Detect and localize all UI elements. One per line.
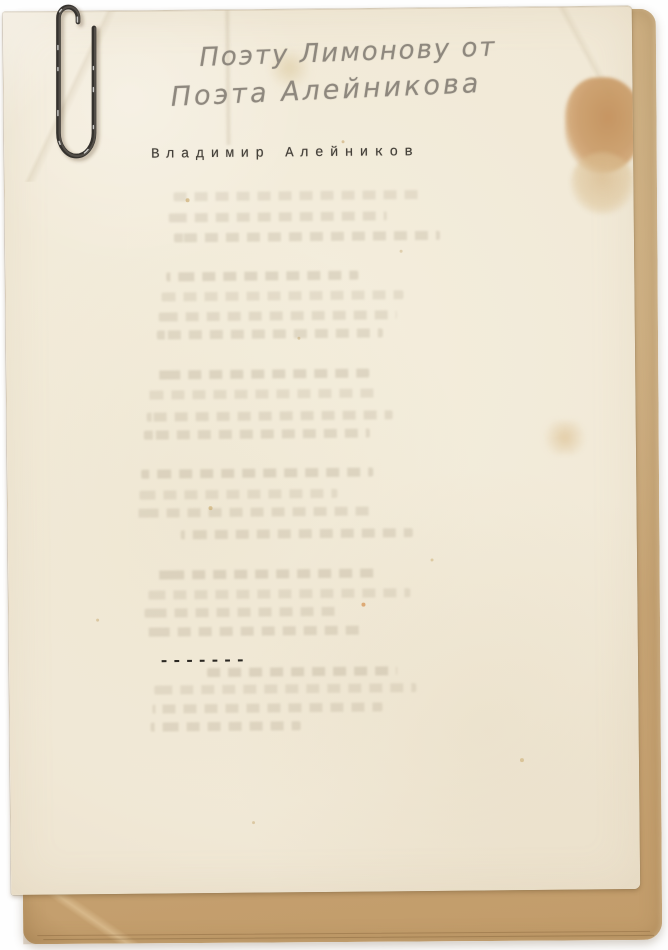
show-through-line — [151, 721, 301, 731]
show-through-line — [141, 468, 373, 479]
show-through-line — [147, 410, 393, 421]
show-through-line — [174, 190, 426, 201]
show-through-line — [143, 626, 361, 637]
stain — [570, 152, 635, 215]
show-through-line — [148, 588, 410, 600]
show-through-line — [138, 506, 376, 517]
stain — [540, 420, 590, 454]
typed-divider-dashes: ------- — [159, 652, 248, 672]
show-through-line — [139, 489, 337, 500]
show-through-line — [151, 369, 369, 380]
show-through-line — [174, 231, 440, 243]
paperclip-icon — [50, 2, 106, 166]
show-through-line — [157, 328, 383, 339]
show-through-line — [161, 290, 403, 301]
show-through-line — [144, 429, 370, 440]
show-through-line — [152, 702, 382, 713]
show-through-line — [153, 568, 375, 579]
typed-author-name: Владимир Алейников — [151, 144, 419, 163]
show-through-line — [148, 388, 380, 399]
show-through-line — [169, 211, 387, 222]
show-through-line — [181, 528, 413, 539]
show-through-line — [159, 310, 397, 321]
photograph-of-typescript: Поэту Лимонову от Поэта Алейникова Влади… — [0, 0, 668, 950]
show-through-line — [166, 271, 358, 282]
show-through-line — [145, 607, 343, 618]
show-through-line — [154, 683, 416, 695]
